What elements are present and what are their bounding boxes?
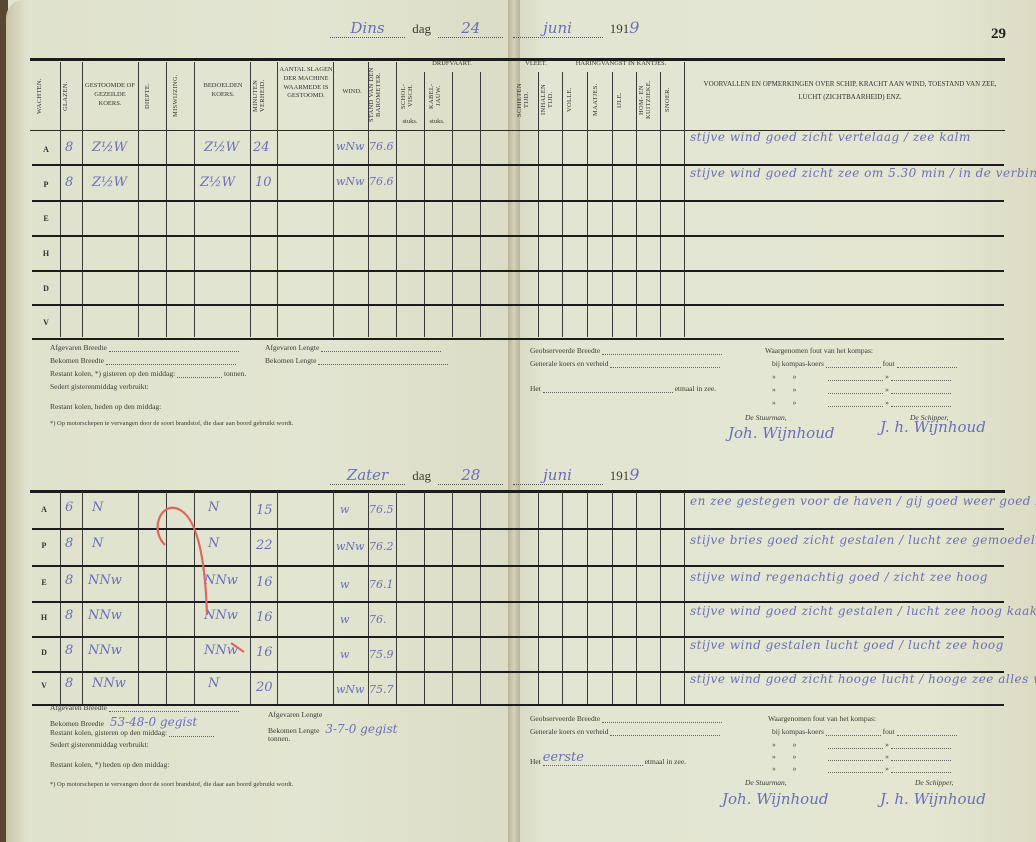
year-prefix: 191 — [610, 468, 630, 483]
header-vleet: VLEET. — [516, 60, 556, 69]
footnote: *) Op motorschepen te vervangen door de … — [50, 420, 293, 427]
remark-cell: en zee gestegen voor de haven / gij goed… — [690, 494, 1036, 508]
etmaal-label: etmaal in zee. — [645, 757, 686, 766]
day-number: 24 — [438, 19, 503, 38]
header-wind: WIND. — [336, 88, 368, 97]
waargenomen-label: Waargenomen fout van het kompas: — [768, 714, 876, 723]
remark-cell: stijve wind goed zicht zee om 5.30 min /… — [690, 166, 1036, 180]
header-snoer: SNOER. — [664, 76, 682, 124]
koers-cell: N — [92, 536, 103, 551]
koers-cell: N — [92, 500, 103, 515]
watch-label: V — [34, 681, 54, 690]
date-header: Dins dag 24 juni 1919 — [330, 18, 639, 38]
koers-cell: NNw — [88, 643, 122, 658]
het-label: Het — [530, 757, 541, 766]
stuurman-signature: Joh. Wijnhoud — [728, 424, 834, 442]
tonnen-label: tonnen. — [268, 734, 290, 743]
remark-cell: stijve wind goed zicht gestalen / lucht … — [690, 604, 1036, 618]
wind-cell: wNw — [336, 540, 364, 553]
generale-koers-label: Generale koers en verheid — [530, 727, 609, 736]
restant-heden-label: Restant kolen, heden op den middag: — [50, 402, 161, 411]
watch-label: P — [34, 541, 54, 550]
row-rule — [32, 270, 1004, 272]
year-suffix: 9 — [629, 18, 639, 37]
het-label: Het — [530, 384, 541, 393]
header-inhalen-tijd: INHALEN TIJD. — [540, 76, 562, 124]
red-cross-mark — [228, 640, 248, 656]
minuten-cell: 22 — [256, 538, 273, 553]
header-stuks-2: stuks. — [425, 118, 449, 127]
minuten-cell: 16 — [256, 610, 273, 625]
afgevaren-lengte-field — [321, 351, 441, 352]
year-suffix: 9 — [629, 465, 639, 484]
day-number: 28 — [438, 466, 503, 485]
header-scholvisch: SCHOL-VISCH. — [400, 76, 418, 116]
watch-label: E — [36, 214, 56, 223]
watch-label: V — [36, 318, 56, 327]
bekomen-breedte-field — [106, 364, 236, 365]
watch-label: A — [34, 505, 54, 514]
bekomen-lengte-label: Bekomen Lengte — [265, 356, 316, 365]
barometer-cell: 76.5 — [369, 503, 394, 516]
header-haringvangst: HARINGVANGST IN KANTJES. — [556, 60, 686, 69]
glazen-cell: 8 — [65, 643, 73, 658]
bekomen-lengte-field — [318, 364, 448, 365]
bekomen-lengte-field: 3-7-0 gegist — [325, 722, 397, 736]
watch-label: H — [34, 613, 54, 622]
header-diepte: DIEPTE. — [144, 64, 162, 128]
koers-cell: NNw — [88, 573, 122, 588]
minuten-cell: 16 — [256, 645, 273, 660]
wind-cell: w — [340, 613, 349, 626]
generale-koers-label: Generale koers en verheid — [530, 359, 609, 368]
afgevaren-breedte-field — [109, 351, 239, 352]
remark-cell: stijve wind goed zicht vertelaag / zee k… — [690, 130, 971, 144]
bedoelden-cell: N — [208, 676, 219, 691]
minuten-cell: 10 — [255, 175, 272, 190]
row-rule — [32, 200, 1004, 202]
minuten-cell: 16 — [256, 575, 273, 590]
restant-gisteren-label: Restant kolen, gisteren op den middag: — [50, 728, 167, 737]
afgevaren-breedte-label: Afgevaren Breedte — [50, 343, 107, 352]
red-pencil-mark — [150, 500, 230, 640]
watch-label: E — [34, 578, 54, 587]
header-bedoelden-koers: BEDOELDEN KOERS. — [198, 82, 248, 100]
glazen-cell: 8 — [65, 536, 73, 551]
fout-label: fout — [883, 727, 895, 736]
header-minuten-verheid: MINUTEN VERHEID. — [252, 64, 274, 128]
afgevaren-breedte-label: Afgevaren Breedte — [50, 703, 107, 712]
sedert-label: Sedert gisterenmiddag verbruikt: — [50, 382, 149, 391]
etmaal-label: etmaal in zee. — [675, 384, 716, 393]
barometer-cell: 76.1 — [369, 578, 394, 591]
koers-cell: NNw — [88, 608, 122, 623]
row-rule — [32, 304, 1004, 306]
koers-cell: Z½W — [92, 175, 127, 190]
wind-cell: wNw — [336, 175, 364, 188]
header-kabeljauw: KABEL-JAUW. — [428, 76, 446, 116]
stuurman-signature: Joh. Wijnhoud — [722, 790, 828, 808]
weekday: Zater — [330, 466, 405, 485]
date-header: Zater dag 28 juni 1919 — [330, 465, 639, 485]
header-schieten-tijd: SCHIETEN TIJD. — [516, 76, 538, 124]
header-miswijzing: MISWIJZING. — [172, 64, 190, 128]
glazen-cell: 8 — [65, 608, 73, 623]
month: juni — [513, 19, 603, 38]
header-top-rule — [30, 490, 1005, 493]
bij-kompas-label: bij kompas-koers — [772, 727, 824, 736]
day-label: dag — [412, 468, 431, 483]
watch-label: H — [36, 249, 56, 258]
barometer-cell: 76. — [369, 613, 387, 626]
koers-cell: NNw — [92, 676, 126, 691]
barometer-cell: 76.6 — [369, 175, 394, 188]
schipper-label: De Schipper, — [915, 778, 953, 787]
afgevaren-lengte-label: Afgevaren Lengte — [265, 343, 319, 352]
header-hom-kuitzieke: HOM- EN KUITZIEKE. — [638, 76, 660, 124]
waargenomen-label: Waargenomen fout van het kompas: — [765, 346, 873, 355]
year-prefix: 191 — [610, 21, 630, 36]
bekomen-breedte-label: Bekomen Breedte — [50, 719, 104, 728]
fout-label: fout — [883, 359, 895, 368]
book-spine — [508, 0, 520, 842]
header-wachten: WACHTEN. — [36, 64, 56, 128]
koers-cell: Z½W — [92, 140, 127, 155]
stuurman-label: De Stuurman, — [745, 778, 787, 787]
schipper-signature: J. h. Wijnhoud — [880, 790, 986, 808]
watch-label: D — [34, 648, 54, 657]
remark-cell: stijve wind goed zicht hooge lucht / hoo… — [690, 672, 1036, 686]
wind-cell: wNw — [336, 140, 364, 153]
glazen-cell: 8 — [65, 573, 73, 588]
bedoelden-cell: Z½W — [200, 175, 235, 190]
footnote: *) Op motorschepen te vervangen door de … — [50, 781, 293, 788]
bekomen-breedte-field: 53-48-0 gegist — [110, 715, 197, 729]
wind-cell: wNw — [336, 683, 364, 696]
header-gestoomde-koers: GESTOOMDE OF GEZEILDE KOERS. — [84, 82, 136, 108]
glazen-cell: 6 — [65, 500, 73, 515]
restant-gisteren-label: Restant kolen, *) gisteren op den middag… — [50, 369, 175, 378]
het-field: eerste — [543, 750, 643, 766]
glazen-cell: 8 — [65, 140, 73, 155]
watch-label: A — [36, 145, 56, 154]
afgevaren-lengte-label: Afgevaren Lengte — [268, 710, 322, 719]
het-field — [543, 392, 673, 393]
tonnen-label: tonnen. — [224, 369, 246, 378]
header-aantal-slagen: AANTAL SLAGEN DER MACHINE WAARMEDE IS GE… — [278, 66, 334, 101]
header-volle: VOLLE. — [566, 76, 584, 124]
barometer-cell: 75.7 — [369, 683, 394, 696]
row-rule — [32, 235, 1004, 237]
stuurman-label: De Stuurman, — [745, 413, 787, 422]
minuten-cell: 15 — [256, 503, 273, 518]
weekday: Dins — [330, 19, 405, 38]
bij-kompas-label: bij kompas-koers — [772, 359, 824, 368]
wind-cell: w — [340, 578, 349, 591]
header-glazen: GLAZEN. — [62, 64, 80, 128]
header-maatjes: MAATJES. — [592, 76, 610, 124]
restant-heden-label: Restant kolen, *) heden op den middag: — [50, 760, 169, 769]
remark-cell: stijve wind gestalen lucht goed / lucht … — [690, 638, 1004, 652]
logbook-spread: 29 Dins dag 24 juni 1919 WACHTEN. GLAZEN… — [0, 0, 1036, 842]
minuten-cell: 20 — [256, 680, 273, 695]
sedert-label: Sedert gisterenmiddag verbruikt: — [50, 740, 149, 749]
header-voorvallen: VOORVALLEN EN OPMERKINGEN OVER SCHIP, KR… — [700, 78, 1000, 105]
watch-label: P — [36, 180, 56, 189]
glazen-cell: 8 — [65, 676, 73, 691]
barometer-cell: 75.9 — [369, 648, 394, 661]
barometer-cell: 76.6 — [369, 140, 394, 153]
header-barometer: STAND VAN DEN BAROMETER. — [368, 60, 394, 130]
remark-cell: stijve wind regenachtig goed / zicht zee… — [690, 570, 988, 584]
glazen-cell: 8 — [65, 175, 73, 190]
row-rule — [32, 338, 1004, 340]
remark-cell: stijve bries goed zicht gestalen / lucht… — [690, 533, 1036, 547]
geobserveerde-breedte-label: Geobserveerde Breedte — [530, 346, 600, 355]
wind-cell: w — [340, 648, 349, 661]
page-number: 29 — [991, 26, 1006, 43]
watch-label: D — [36, 284, 56, 293]
header-stuks-1: stuks. — [398, 118, 422, 127]
geobserveerde-breedte-label: Geobserveerde Breedte — [530, 714, 600, 723]
header-ijle: IJLE. — [616, 76, 634, 124]
bedoelden-cell: Z½W — [204, 140, 239, 155]
wind-cell: w — [340, 503, 349, 516]
header-drijfvaart: DRIJFVAART. — [396, 60, 508, 69]
minuten-cell: 24 — [253, 140, 270, 155]
schipper-signature: J. h. Wijnhoud — [880, 418, 986, 436]
bekomen-breedte-label: Bekomen Breedte — [50, 356, 104, 365]
barometer-cell: 76.2 — [369, 540, 394, 553]
day-label: dag — [412, 21, 431, 36]
month: juni — [513, 466, 603, 485]
